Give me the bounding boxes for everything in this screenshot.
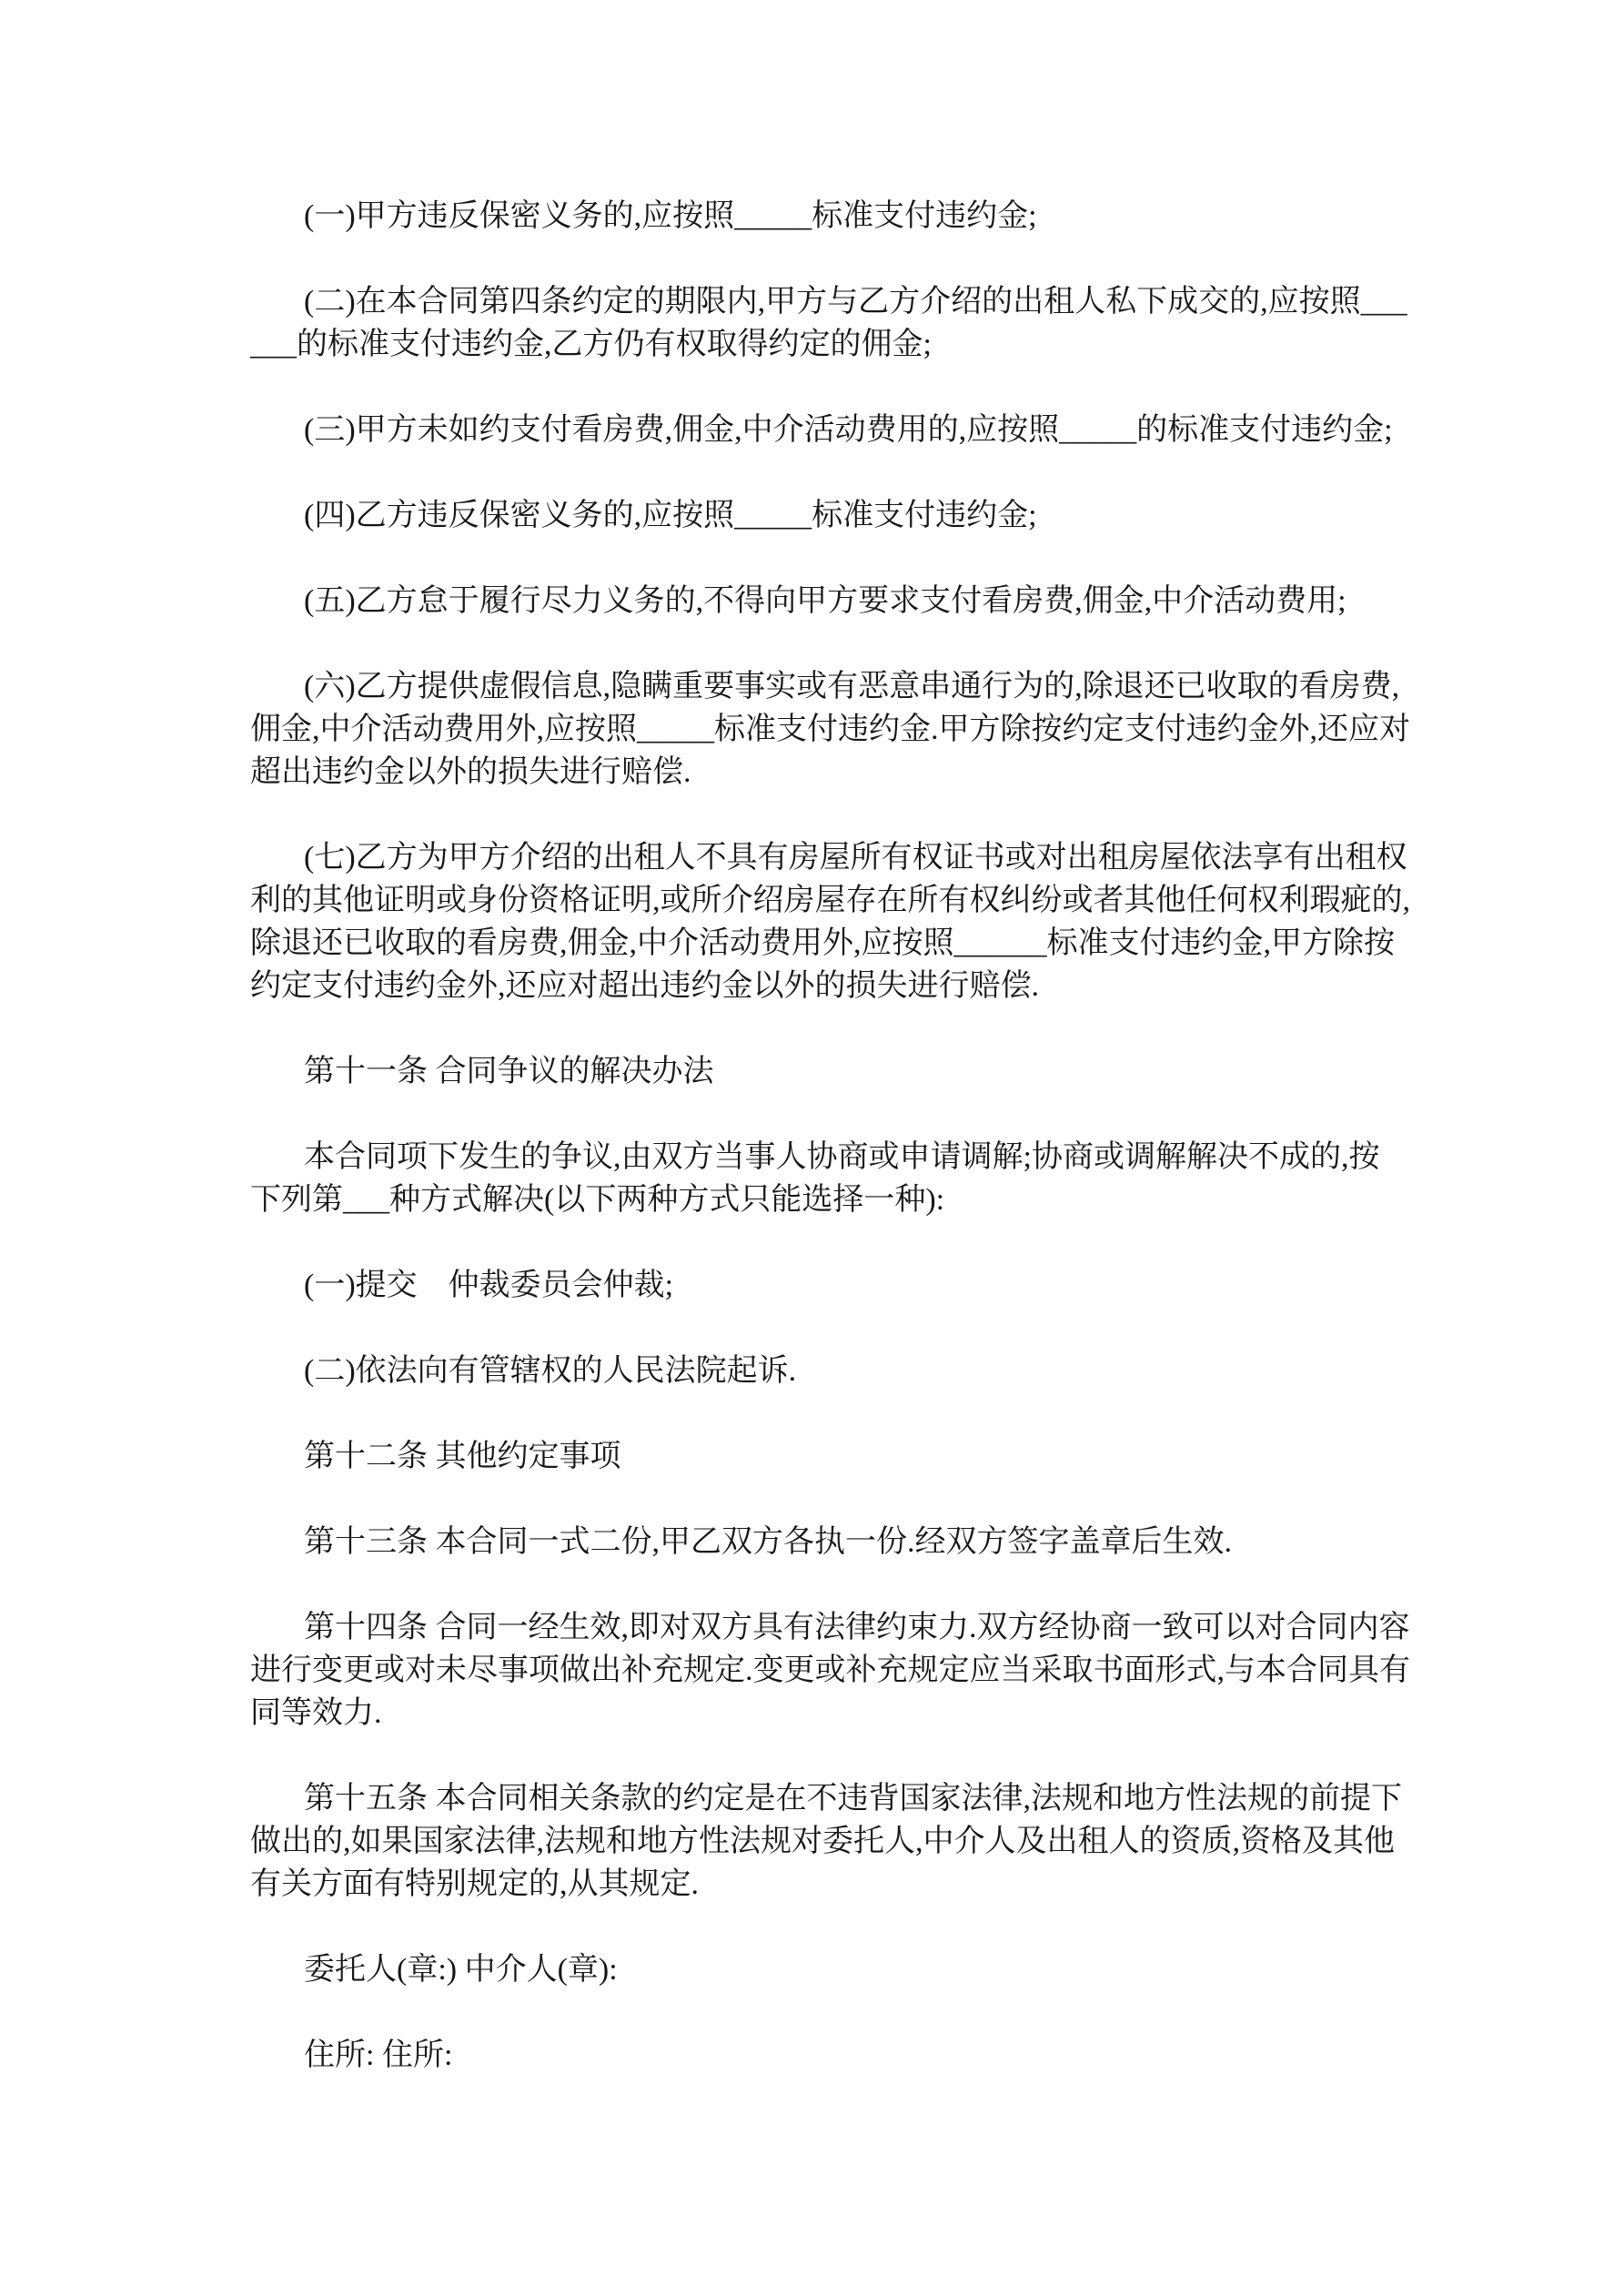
dispute-option-court: (二)依法向有管辖权的人民法院起诉. <box>250 1350 1410 1392</box>
penalty-clause-5: (五)乙方怠于履行尽力义务的,不得向甲方要求支付看房费,佣金,中介活动费用; <box>250 580 1410 622</box>
penalty-clause-4: (四)乙方违反保密义务的,应按照_____标准支付违约金; <box>250 494 1410 537</box>
article-14-clause: 第十四条 合同一经生效,即对双方具有法律约束力.双方经协商一致可以对合同内容进行… <box>250 1606 1410 1735</box>
penalty-clause-1: (一)甲方违反保密义务的,应按照_____标准支付违约金; <box>250 195 1410 238</box>
penalty-clause-3: (三)甲方未如约支付看房费,佣金,中介活动费用的,应按照_____的标准支付违约… <box>250 409 1410 451</box>
contract-document-page: (一)甲方违反保密义务的,应按照_____标准支付违约金; (二)在本合同第四条… <box>0 0 1624 2296</box>
penalty-clause-6: (六)乙方提供虚假信息,隐瞒重要事实或有恶意串通行为的,除退还已收取的看房费,佣… <box>250 665 1410 794</box>
address-line: 住所: 住所: <box>250 2034 1410 2077</box>
article-12-heading: 第十二条 其他约定事项 <box>250 1435 1410 1478</box>
penalty-clause-7: (七)乙方为甲方介绍的出租人不具有房屋所有权证书或对出租房屋依法享有出租权利的其… <box>250 836 1410 1007</box>
dispute-resolution-intro: 本合同项下发生的争议,由双方当事人协商或申请调解;协商或调解解决不成的,按下列第… <box>250 1136 1410 1221</box>
signature-seal-line: 委托人(章:) 中介人(章): <box>250 1948 1410 1991</box>
article-11-heading: 第十一条 合同争议的解决办法 <box>250 1050 1410 1093</box>
article-13-clause: 第十三条 本合同一式二份,甲乙双方各执一份.经双方签字盖章后生效. <box>250 1521 1410 1563</box>
dispute-option-arbitration: (一)提交 仲裁委员会仲裁; <box>250 1264 1410 1307</box>
article-15-clause: 第十五条 本合同相关条款的约定是在不违背国家法律,法规和地方性法规的前提下做出的… <box>250 1777 1410 1906</box>
penalty-clause-2: (二)在本合同第四条约定的期限内,甲方与乙方介绍的出租人私下成交的,应按照___… <box>250 280 1410 366</box>
